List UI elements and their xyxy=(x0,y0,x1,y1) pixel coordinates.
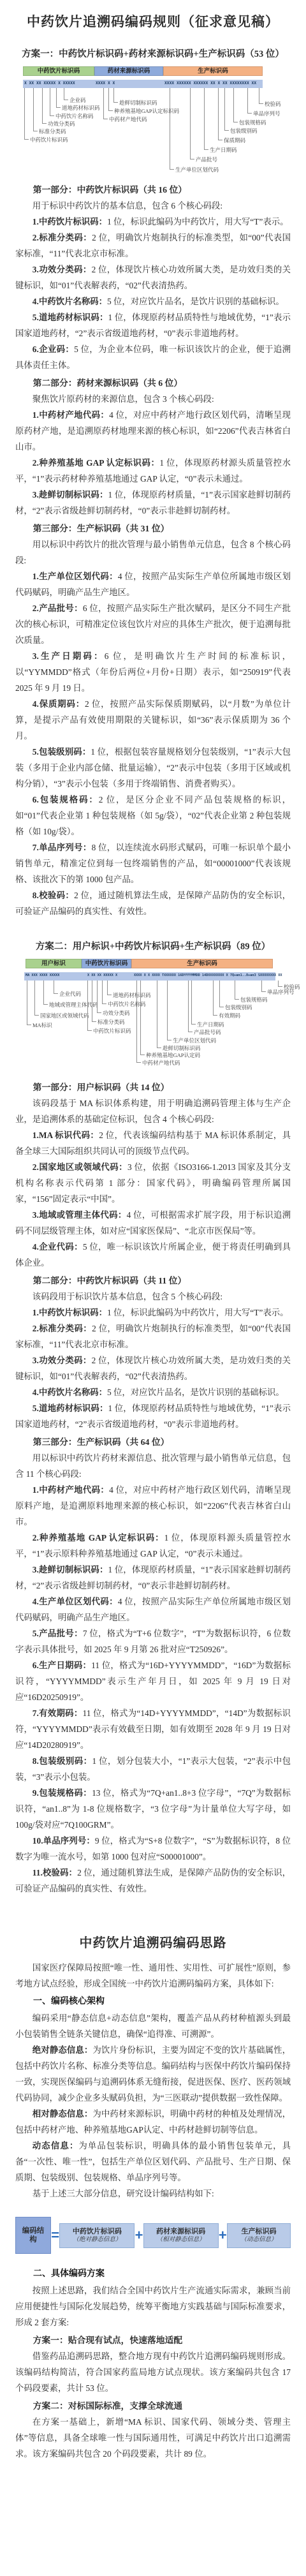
code-segment-item: 2.国家地区或领域代码：3 位，依据《ISO3166-1.2013 国家及其分支… xyxy=(15,1159,291,1207)
item-term: 3.功效分类码： xyxy=(33,1356,92,1365)
diagram-band: 生产标识码 xyxy=(163,66,263,76)
field-label: 功效分类码 xyxy=(48,121,75,127)
section-heading: 第二部分：药材来源标识码（共 6 位） xyxy=(15,375,291,391)
box-subtitle: （相对静态信息） xyxy=(146,2236,216,2244)
item-term: 6.企业码： xyxy=(33,344,74,354)
field-label: 中药材产地代码 xyxy=(142,1060,180,1066)
arch-outro: 基于上述三大部分信息，研究设计编码结构如下: xyxy=(15,2186,291,2202)
field-label: 道地药材标识码 xyxy=(113,992,151,998)
leader-line xyxy=(24,88,29,140)
leader-line xyxy=(33,88,38,131)
field-label: 种养殖基地GAP认定码 xyxy=(146,1052,200,1058)
code-segment-item: 3.功效分类码：2 位，体现饮片核心功效所属大类，是功效归类的关键标识，如“01… xyxy=(15,1352,291,1384)
field-label: 生产单位区划代码 xyxy=(175,167,219,173)
field-label: 功效分类码 xyxy=(103,1010,130,1016)
leader-line xyxy=(103,88,108,119)
item-description: 5 位，对应饮片品名，是饮片识别的基础标识。 xyxy=(107,1388,284,1397)
section-intro: 用于标识中药饮片的基本信息，包含 6 个核心码段: xyxy=(15,198,291,214)
field-label: 中药材产地代码 xyxy=(109,116,147,122)
plan2-code-structure-diagram: 用户标识中药饮片标识码生产标识码MA XXX XXXX XXXXXX XX XX… xyxy=(0,959,306,1077)
item-term: 绝对静态信息： xyxy=(33,2045,93,2055)
field-label: 包装级别码 xyxy=(225,1004,252,1010)
field-label: 标准分类码 xyxy=(98,1019,125,1025)
item-term: 8.校验码： xyxy=(33,891,74,900)
code-structure-equation: 编码结构 = 中药饮片标识码 （绝对静态信息） + 药材来源标识码 （相对静态信… xyxy=(15,2217,291,2254)
leader-line xyxy=(218,88,222,140)
plan1-code-structure-diagram: 中药饮片标识码药材来源标识码生产标识码X XX XX XXXXX X XXXXX… xyxy=(0,66,306,180)
item-description: 1 位，标识此编码为中药饮片，用大写“T”表示。 xyxy=(107,217,289,226)
item-term: 4.中药饮片名称码： xyxy=(33,297,107,306)
code-segment-item: 4.生产单位区划代码：4 位，按照产品实际生产单位所属地市级区划代码赋码，明确产… xyxy=(15,1594,291,1625)
field-label: 有效期码 xyxy=(219,1012,240,1019)
structure-box-1: 中药饮片标识码 （绝对静态信息） xyxy=(59,2223,135,2248)
item-term: 2.标准分类码： xyxy=(33,1324,92,1333)
code-segment-item: 7.有效期码：11 位，格式为“14D+YYYYMMDD”，“14D”为数据标识… xyxy=(15,1705,291,1753)
item-term: 4.生产单位区划代码： xyxy=(33,1597,118,1606)
field-label: 国家地区或领域代码 xyxy=(40,1012,89,1019)
code-segment-item: 11.校验码：2 位，通过随机算法生成，是保障产品防伪的安全标识，可验证产品编码… xyxy=(15,1865,291,1897)
item-term: 1.中药材产地代码： xyxy=(33,410,109,420)
plan-option1-body: 借鉴药品追溯码思路，整合地方现有中药饮片追溯码编码规则形成。该编码结构简洁，符合… xyxy=(15,2348,291,2396)
item-term: 2.种养殖基地 GAP 认定标识码： xyxy=(33,1533,164,1543)
field-label: 趁鲜切制标识码 xyxy=(119,100,157,106)
leader-line xyxy=(259,88,263,104)
leader-line xyxy=(224,88,229,131)
code-segment-item: 1.中药材产地代码：4 位，对应中药材产地行政区划代码，清晰呈现原药材产地，是追… xyxy=(15,407,291,455)
field-label: MA标识 xyxy=(33,1022,52,1028)
field-label: 趁鲜切制标识码 xyxy=(163,1045,201,1051)
item-term: 2.国家地区或领域代码： xyxy=(33,1162,127,1172)
structure-box-2: 药材来源标识码 （相对静态信息） xyxy=(143,2223,219,2248)
code-segment-item: 3.趁鲜切制标识码：1 位，体现原药材质量，“1”表示国家趁鲜切制药材，“2”表… xyxy=(15,1562,291,1594)
box-title: 中药饮片标识码 xyxy=(62,2227,132,2236)
code-segment-item: 6.生产日期码：11 位，格式为“16D+YYYYMMDD”，“16D”为数据标… xyxy=(15,1657,291,1705)
section-heading: 第三部分：生产标识码（共 31 位） xyxy=(15,521,291,537)
info-type-item: 相对静态信息：为中药材来源标识，明确中药材的种植及处理情况，包括中药材产地、种养… xyxy=(15,2106,291,2138)
leader-line xyxy=(42,88,47,124)
item-term: 10.单品序列号： xyxy=(33,1836,95,1846)
section-heading: 第一部分：用户标识码（共 14 位） xyxy=(15,1079,291,1095)
leader-line xyxy=(92,981,96,1022)
box-subtitle: （动态信息） xyxy=(229,2236,288,2244)
code-segment-item: 4.保质期码：2 位，按照产品实际保质期赋码，以“月数”为单位计算，是提示产品有… xyxy=(15,696,291,744)
code-segment-item: 2.标准分类码：2 位，明确饮片炮制执行的标准类型，如“00”代表国家标准，“1… xyxy=(15,230,291,262)
diagram-band: 药材来源标识码 xyxy=(94,66,163,76)
diagram-band: 中药饮片标识码 xyxy=(23,66,94,76)
item-term: 11.校验码： xyxy=(33,1868,77,1877)
plus-sign: + xyxy=(219,2227,227,2244)
section-intro: 聚焦饮片原药材的来源信息，包含 3 个核心码段: xyxy=(15,391,291,407)
section-intro: 该码段基于 MA 标识体系构建，用于明确追溯码管理主体与生产企业，是追溯体系的基… xyxy=(15,1095,291,1127)
code-group: MA XXX XXXX XXXXX xyxy=(25,973,59,977)
item-term: 6.生产日期码： xyxy=(33,1661,91,1670)
item-term: 4.保质期码： xyxy=(33,699,85,709)
code-group: XXXX XXXXXX XXXXXX XX X XX XXXXXXXX XX xyxy=(164,81,256,85)
field-label: 单品序列号 xyxy=(267,989,295,995)
leader-line xyxy=(50,88,54,116)
leader-line xyxy=(190,88,194,159)
item-term: 5.道地药材标识码： xyxy=(33,1403,108,1413)
item-term: 2.产品批号： xyxy=(33,603,83,613)
field-label: 保质期码 xyxy=(224,137,245,144)
item-term: 1.生产单位区划代码： xyxy=(33,572,118,581)
item-term: 4.中药饮片名称码： xyxy=(33,1388,107,1397)
field-label: 中药饮片名称码 xyxy=(55,113,94,119)
code-group: XXXX X X XXXX TXXXXXX 16DYYYYMMDD 14DXXX… xyxy=(134,973,282,977)
leader-line xyxy=(27,981,31,1025)
diagram-band: 用户标识 xyxy=(25,959,82,968)
structure-lhs-box: 编码结构 xyxy=(15,2217,51,2254)
item-term: 9.包装规格码： xyxy=(33,1788,92,1798)
field-label: 标准分类码 xyxy=(39,128,66,135)
section-intro: 用以标识中药饮片药材来源信息、批次管理与最小销售单元信息，包含 11 个核心码段… xyxy=(15,1450,291,1482)
leader-line xyxy=(107,981,112,995)
code-segment-item: 5.道地药材标识码：1 位，体现原药材品质特性与地域优势，“1”表示国家道地药材… xyxy=(15,309,291,341)
info-type-item: 动态信息：为单品包装标识，明确具体的最小销售包装单元，具备“一次性、唯一性”，包… xyxy=(15,2138,291,2186)
item-description: 1 位，标识此编码为中药饮片，用大写“T”表示。 xyxy=(107,1308,289,1317)
field-label: 产品批号码 xyxy=(194,1029,221,1035)
item-term: 5.产品批号： xyxy=(33,1629,83,1638)
leader-line xyxy=(87,981,92,1031)
item-term: 7.有效期码： xyxy=(33,1708,83,1718)
item-term: 6.包装规格码： xyxy=(33,795,99,804)
leader-line xyxy=(247,88,252,114)
field-label: 生产日期码 xyxy=(210,147,237,153)
code-segment-item: 1.中药材产地代码：4 位，对应中药材产地行政区划代码，清晰呈现原料产地，是追溯… xyxy=(15,1482,291,1530)
leader-line xyxy=(219,981,224,1007)
leader-line xyxy=(108,88,113,111)
field-label: 包装规格码 xyxy=(240,996,268,1003)
code-segment-item: 6.企业码：5 位，为企业本位码，唯一标识该饮片的企业，便于追溯具体责任主体。 xyxy=(15,341,291,373)
leader-line xyxy=(102,981,106,1004)
item-term: 2.标准分类码： xyxy=(33,233,92,242)
leader-line xyxy=(233,88,238,122)
code-segment-item: 1.MA 标识代码：2 位，代表该编码结构基于 MA 标识体系制定，具备全球三大… xyxy=(15,1127,291,1159)
section-heading: 第一部分：中药饮片标识码（共 16 位） xyxy=(15,182,291,198)
leader-line xyxy=(157,981,161,1048)
plans-intro: 按照上述思路，我们结合全国中药饮片生产流通实际需求，兼顾当前应用便捷性与国际化发… xyxy=(15,2283,291,2330)
code-segment-item: 5.产品批号：7 位，格式为“T+6 位数字”，“T”为数据标识符，6 位数字表… xyxy=(15,1625,291,1657)
arch-items: 绝对静态信息：为饮片身份标识，主要为固定不变的饮片基础属性，包括中药饮片名称、标… xyxy=(15,2042,291,2186)
code-segment-item: 9.包装规格码：13 位，格式为“7Q+an1..8+3 位字母”，“7Q”为数… xyxy=(15,1785,291,1833)
item-term: 1.MA 标识代码： xyxy=(33,1130,99,1140)
document-page: 中药饮片追溯码编码规则（征求意见稿） 方案一：中药饮片标识码+药材来源标识码+生… xyxy=(0,0,306,2576)
leader-line xyxy=(170,88,174,170)
equals-sign: = xyxy=(51,2227,59,2244)
field-label: 生产单位区划代码 xyxy=(173,1037,216,1044)
item-term: 1.中药饮片标识码： xyxy=(33,217,107,226)
code-segment-item: 4.企业代码：5 位，唯一标识该饮片所属企业，便于将责任明确到具体企业。 xyxy=(15,1239,291,1271)
info-type-item: 绝对静态信息：为饮片身份标识，主要为固定不变的饮片基础属性，包括中药饮片名称、标… xyxy=(15,2042,291,2106)
item-term: 1.中药饮片标识码： xyxy=(33,1308,107,1317)
code-group: X XX XX XXXXX X XXXXX xyxy=(24,81,75,85)
diagram-band: 生产标识码 xyxy=(131,959,273,968)
plan2-heading: 方案二：用户标识+中药饮片标识码+生产标识码（89 位） xyxy=(15,940,291,954)
item-term: 5.包装级别码： xyxy=(33,747,91,757)
leader-line xyxy=(136,981,141,1063)
box-title: 生产标识码 xyxy=(229,2227,288,2236)
page2-title: 中药饮片追溯码编码思路 xyxy=(15,1932,291,1951)
plus-sign: + xyxy=(135,2227,143,2244)
arch-intro: 编码采用“静态信息+动态信息”架构，覆盖产品从药材种植源头到最小包装销售全链条关… xyxy=(15,2010,291,2042)
code-segment-item: 2.种养殖基地 GAP 认定标识码：1 位，体现原药材源头质量管控水平，“1”表… xyxy=(15,455,291,487)
field-label: 企业码 xyxy=(69,97,86,103)
leader-line xyxy=(56,88,61,108)
document-title: 中药饮片追溯码编码规则（征求意见稿） xyxy=(15,11,291,31)
code-segment-item: 10.单品序列号：9 位，格式为“S+8 位数字”，“S”为数据标识符，8 位数… xyxy=(15,1833,291,1865)
section-intro: 用以标识中药饮片的批次管理与最小销售单元信息，包含 8 个核心码段: xyxy=(15,537,291,568)
item-term: 2.种养殖基地 GAP 认定标识码： xyxy=(33,458,160,468)
leader-line xyxy=(278,981,282,987)
code-segment-item: 3.功效分类码：2 位，体现饮片核心功效所属大类，是功效归类的关键标识，如“01… xyxy=(15,262,291,293)
leader-line xyxy=(64,88,68,100)
item-term: 1.中药材产地代码： xyxy=(33,1485,109,1495)
item-term: 3.生产日期码： xyxy=(33,651,105,661)
box-title: 药材来源标识码 xyxy=(146,2227,216,2236)
leader-line xyxy=(97,981,101,1013)
page2-intro: 国家医疗保障局按照“唯一性、通用性、实用性、可扩展性”原则，参考地方试点经验，形… xyxy=(15,1960,291,1992)
plan1-sections: 第一部分：中药饮片标识码（共 16 位）用于标识中药饮片的基本信息，包含 6 个… xyxy=(15,182,291,919)
item-term: 3.趁鲜切制标识码： xyxy=(33,1565,108,1574)
code-segment-item: 5.包装级别码：1 位，根据包装容量规格划分包装级别，“1”表示大包装（多用于企… xyxy=(15,744,291,792)
diagram-band: 中药饮片标识码 xyxy=(82,959,131,968)
code-segment-item: 6.包装规格码：2 位，是区分企业不同产品包装规格的标识，如“01”代表企业第 … xyxy=(15,792,291,840)
code-segment-item: 2.种养殖基地 GAP 认定标识码：1 位，体现原料源头质量管控水平，“1”表示… xyxy=(15,1530,291,1562)
plan-option2-body: 在方案一基础上，新增“MA 标识、国家代码、领域分类、管理主体”等信息，具备全球… xyxy=(15,2414,291,2462)
code-segment-item: 5.道地药材标识码：1 位，体现原药材品质特性与地域优势，“1”表示国家道地药材… xyxy=(15,1400,291,1432)
leader-line xyxy=(204,88,208,150)
item-term: 5.道地药材标识码： xyxy=(33,313,108,322)
item-term: 动态信息： xyxy=(33,2141,79,2150)
item-description: 5 位，对应饮片品名，是饮片识别的基础标识。 xyxy=(107,297,284,306)
code-segment-item: 7.单品序列号：8 位，以连续流水码形式赋码，可唯一标识单个最小销售单元，精准定… xyxy=(15,840,291,887)
code-segment-item: 3.生产日期码：6 位，是明确饮片生产时间的标准标识，以“YYMMDD”格式（年… xyxy=(15,648,291,696)
item-term: 4.企业代码： xyxy=(33,1242,83,1252)
arch-heading: 一、编码核心架构 xyxy=(15,1992,291,2010)
code-group: X XX XX XXXXX X xyxy=(87,973,117,977)
code-group: XXXX X X xyxy=(96,81,115,85)
item-term: 相对静态信息： xyxy=(33,2109,93,2119)
leader-line xyxy=(188,981,193,1032)
field-label: 生产日期码 xyxy=(197,1021,224,1028)
leader-line xyxy=(113,88,118,103)
plan-option1-heading: 方案一：贴合现有试点，快速落地适配 xyxy=(15,2332,291,2348)
code-segment-item: 8.包装级别码：1 位，划分包装大小，“1”表示大包装，“2”表示中包装，“3”… xyxy=(15,1753,291,1785)
field-label: 产品批号 xyxy=(196,156,217,163)
leader-line xyxy=(140,981,145,1055)
field-label: 包装级别码 xyxy=(230,128,258,134)
field-label: 校验码 xyxy=(265,101,281,107)
code-segment-item: 2.标准分类码：2 位，明确饮片炮制执行的标准类型，如“00”代表国家标准，“1… xyxy=(15,1321,291,1352)
section-intro: 该码段用于标识饮片基本信息，包含 5 个核心码段: xyxy=(15,1289,291,1305)
plans-heading: 二、具体编码方案 xyxy=(15,2264,291,2283)
plan-option2-heading: 方案二：对标国际标准，支撑全球流通 xyxy=(15,2398,291,2414)
structure-box-3: 生产标识码 （动态信息） xyxy=(227,2223,291,2248)
item-term: 7.单品序列号： xyxy=(33,843,92,852)
code-segment-item: 1.中药饮片标识码：1 位，标识此编码为中药饮片，用大写“T”表示。 xyxy=(15,214,291,230)
leader-line xyxy=(43,981,48,1005)
item-term: 3.趁鲜切制标识码： xyxy=(33,490,108,500)
code-segment-item: 4.中药饮片名称码：5 位，对应饮片品名，是饮片识别的基础标识。 xyxy=(15,1384,291,1400)
field-label: 中药饮片标识码 xyxy=(93,1028,131,1034)
field-label: 企业代码 xyxy=(59,991,81,997)
field-label: 单品序列号 xyxy=(253,110,280,117)
leader-line xyxy=(54,981,58,994)
code-segment-item: 3.趁鲜切制标识码：1 位，体现原药材质量，“1”表示国家趁鲜切制药材，“2”表… xyxy=(15,487,291,519)
plan2-sections: 第一部分：用户标识码（共 14 位）该码段基于 MA 标识体系构建，用于明确追溯… xyxy=(15,1079,291,1897)
code-segment-item: 1.中药饮片标识码：1 位，标识此编码为中药饮片，用大写“T”表示。 xyxy=(15,1305,291,1321)
leader-line xyxy=(167,981,171,1040)
code-segment-item: 8.校验码：2 位，通过随机算法生成，是保障产品防伪的安全标识，可验证产品编码的… xyxy=(15,887,291,919)
leader-line xyxy=(235,981,239,1000)
code-segment-item: 2.产品批号：6 位，按照产品实际生产批次赋码，是区分不同生产批次的核心标识，可… xyxy=(15,600,291,648)
item-term: 3.功效分类码： xyxy=(33,265,92,274)
item-term: 8.包装级别码： xyxy=(33,1756,92,1766)
leader-line xyxy=(34,981,39,1016)
field-label: 包装规格码 xyxy=(239,119,266,126)
leader-line xyxy=(213,981,217,1016)
section-heading: 第二部分：中药饮片标识码（共 11 位） xyxy=(15,1273,291,1289)
code-segment-item: 3.地域或管理主体代码：4 位，可根据需求扩展字段，用于标识追溯码不同层级管理主… xyxy=(15,1207,291,1239)
leader-line xyxy=(261,981,266,992)
code-segment-item: 4.中药饮片名称码：5 位，对应饮片品名，是饮片识别的基础标识。 xyxy=(15,293,291,309)
code-segment-item: 1.生产单位区划代码：4 位，按照产品实际生产单位所属地市级区划代码赋码，明确产… xyxy=(15,568,291,600)
section-heading: 第三部分：生产标识码（共 64 位） xyxy=(15,1434,291,1450)
item-term: 3.地域或管理主体代码： xyxy=(33,1210,127,1220)
plan1-heading: 方案一：中药饮片标识码+药材来源标识码+生产标识码（53 位） xyxy=(15,47,291,61)
field-label: 道地药材标识码 xyxy=(62,105,100,111)
field-label: 中药饮片标识码 xyxy=(30,137,68,143)
box-subtitle: （绝对静态信息） xyxy=(62,2236,132,2244)
